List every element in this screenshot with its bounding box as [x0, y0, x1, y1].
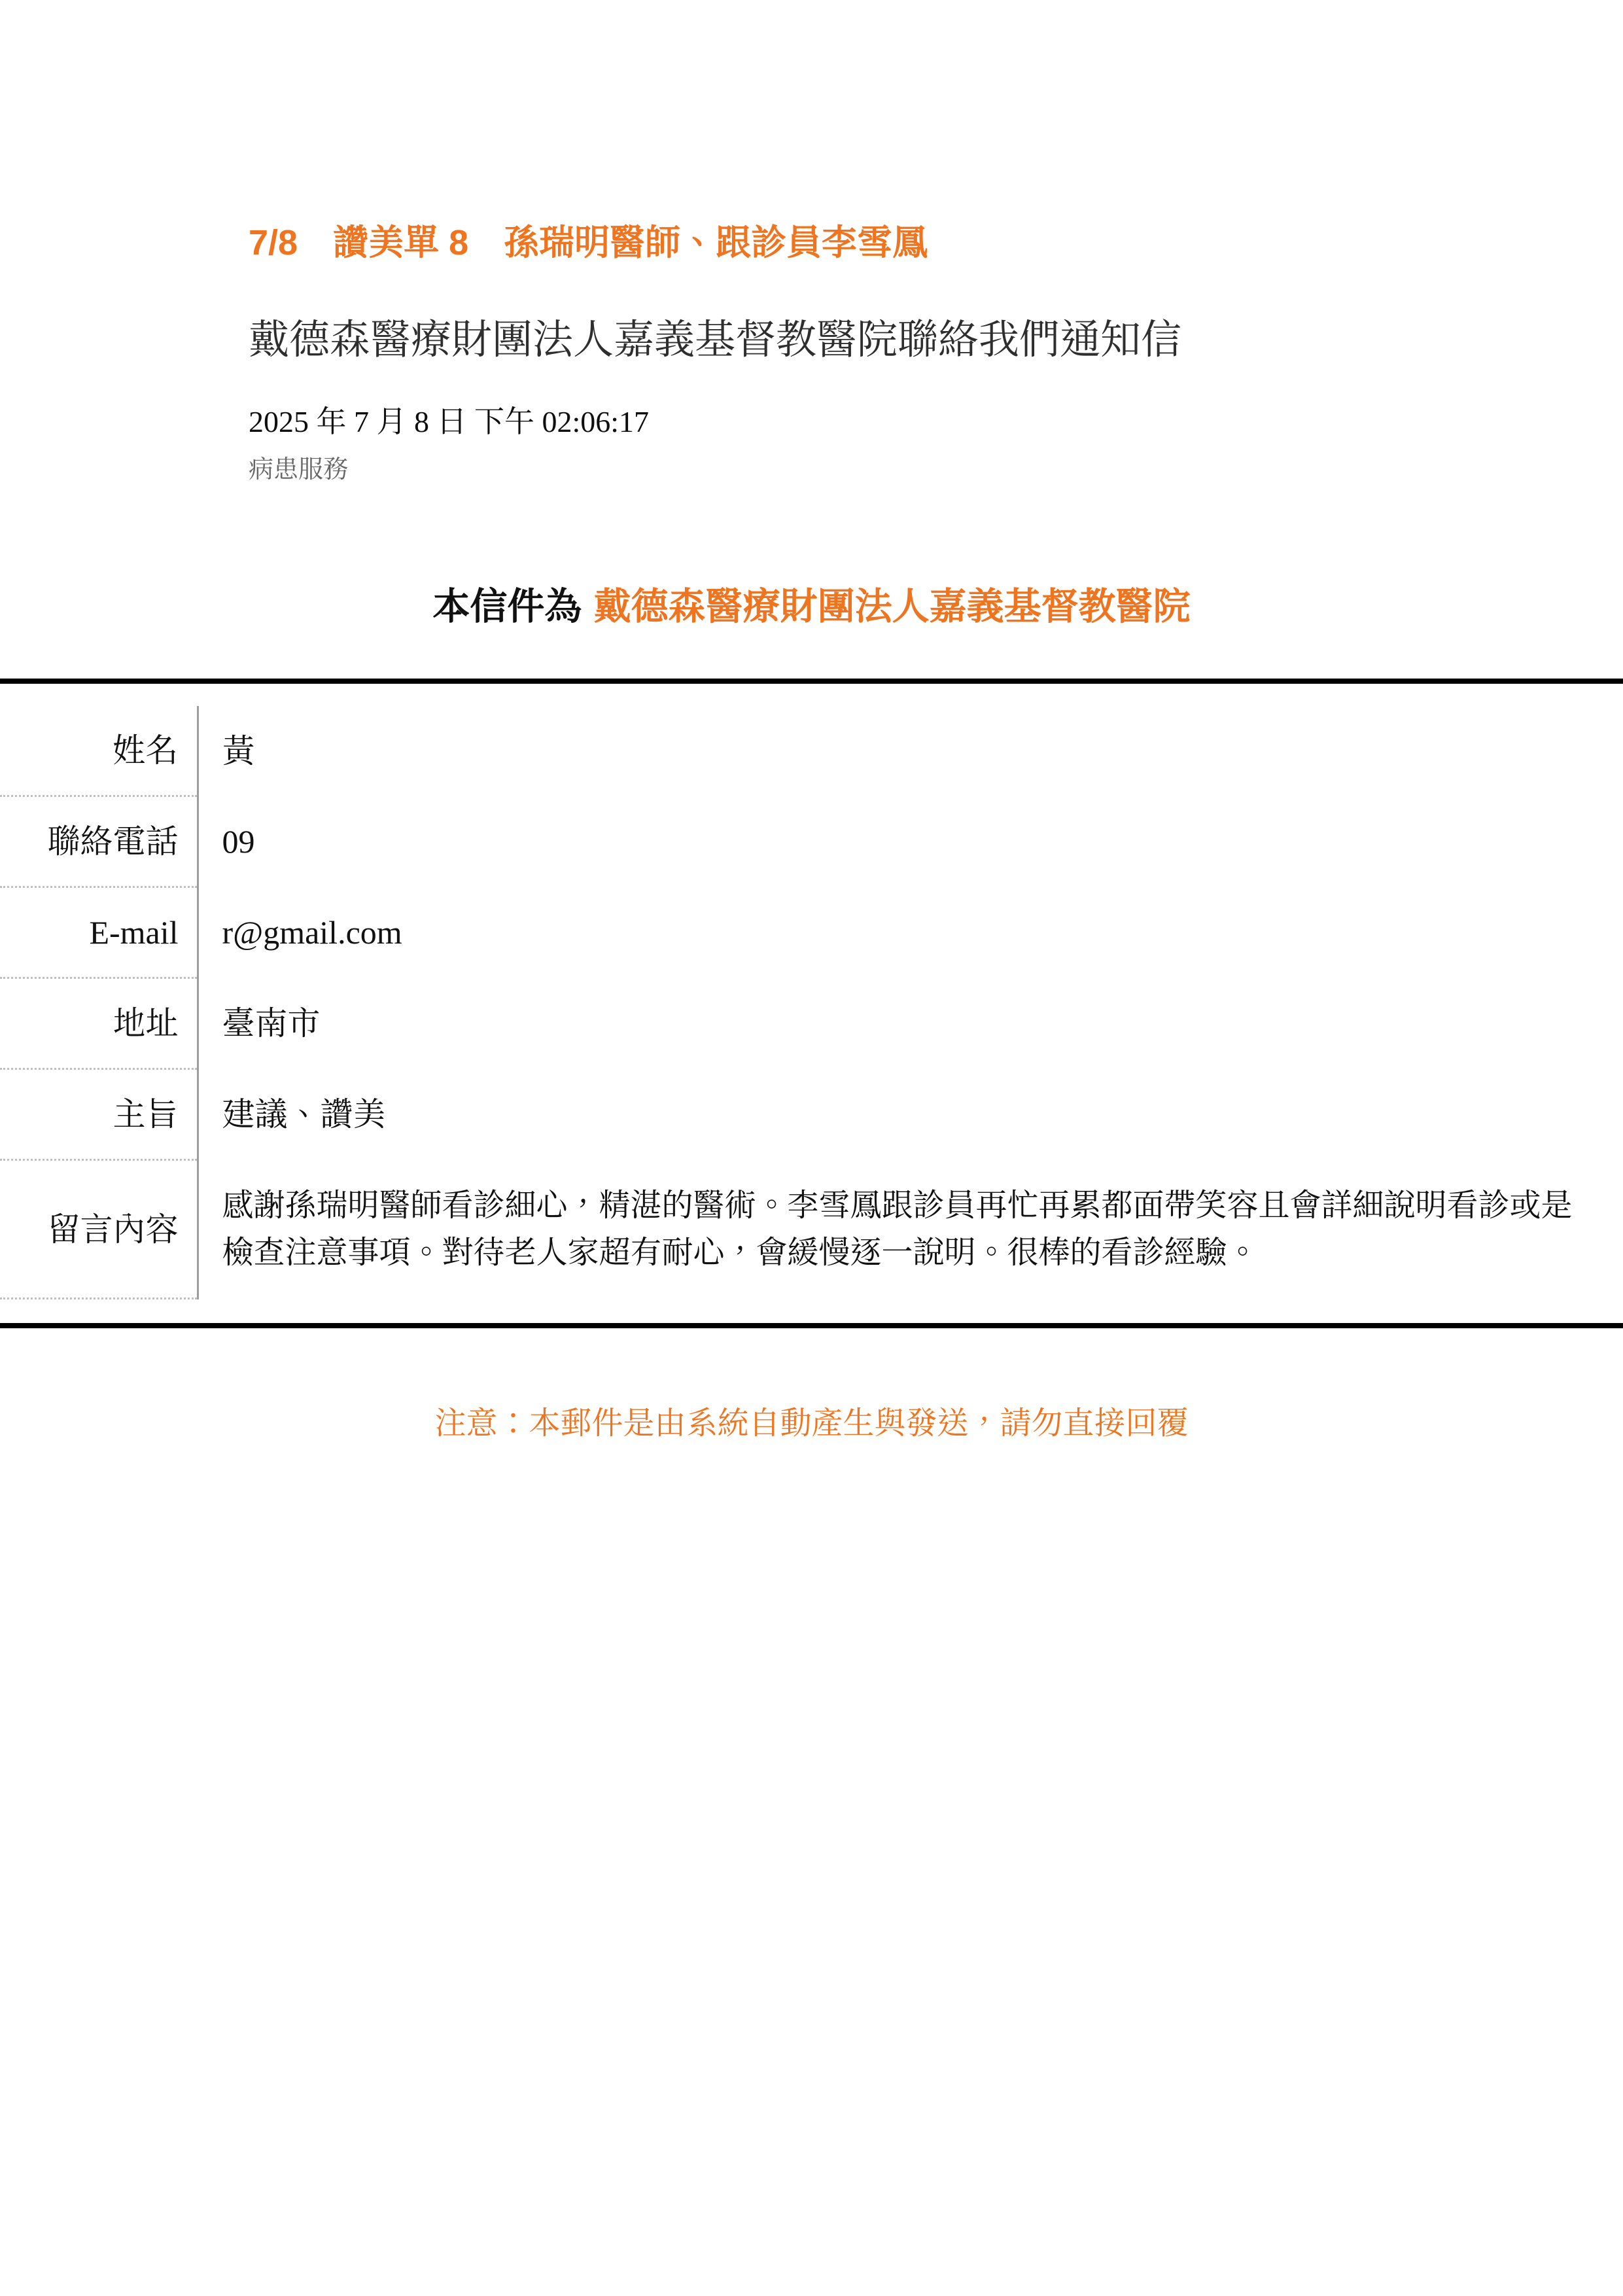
email-page: { "header": { "subject": "7/8 讚美單 8 孫瑞明醫… — [0, 0, 1623, 2296]
divider-top — [0, 679, 1623, 684]
row-label: E-mail — [0, 887, 198, 978]
row-label: 地址 — [0, 978, 198, 1069]
row-value: 臺南市 — [198, 978, 1623, 1069]
mail-datetime: 2025 年 7 月 8 日 下午 02:06:17 — [249, 404, 1427, 440]
form-row-name: 姓名 黃 — [0, 706, 1623, 796]
row-value: 09 — [198, 796, 1623, 887]
row-label: 主旨 — [0, 1069, 198, 1160]
divider-bottom — [0, 1323, 1623, 1328]
row-label: 留言內容 — [0, 1160, 198, 1299]
row-label: 聯絡電話 — [0, 796, 198, 887]
system-notice: 注意：本郵件是由系統自動產生與發送，請勿直接回覆 — [0, 1405, 1623, 1442]
banner-prefix: 本信件為 — [432, 586, 582, 627]
banner-line: 本信件為戴德森醫療財團法人嘉義基督教醫院 — [0, 585, 1623, 628]
form-row-subject: 主旨 建議、讚美 — [0, 1069, 1623, 1160]
email-header: 7/8 讚美單 8 孫瑞明醫師、跟診員李雪鳳 戴德森醫療財團法人嘉義基督教醫院聯… — [0, 222, 1623, 486]
banner-hospital-name: 戴德森醫療財團法人嘉義基督教醫院 — [594, 586, 1191, 627]
form-row-message: 留言內容 感謝孫瑞明醫師看診細心，精湛的醫術。李雪鳳跟診員再忙再累都面帶笑容且會… — [0, 1160, 1623, 1299]
form-row-phone: 聯絡電話 09 — [0, 796, 1623, 887]
row-value: 建議、讚美 — [198, 1069, 1623, 1160]
form-row-address: 地址 臺南市 — [0, 978, 1623, 1069]
row-label: 姓名 — [0, 706, 198, 796]
form-row-email: E-mail r@gmail.com — [0, 887, 1623, 978]
mail-category: 病患服務 — [249, 454, 1427, 486]
mail-title: 戴德森醫療財團法人嘉義基督教醫院聯絡我們通知信 — [249, 317, 1427, 364]
subject-heading: 7/8 讚美單 8 孫瑞明醫師、跟診員李雪鳳 — [249, 222, 1427, 263]
row-value: 感謝孫瑞明醫師看診細心，精湛的醫術。李雪鳳跟診員再忙再累都面帶笑容且會詳細說明看… — [198, 1160, 1623, 1299]
row-value: r@gmail.com — [198, 887, 1623, 978]
row-value: 黃 — [198, 706, 1623, 796]
contact-form-table: 姓名 黃 聯絡電話 09 E-mail r@gmail.com 地址 臺南市 主… — [0, 706, 1623, 1299]
